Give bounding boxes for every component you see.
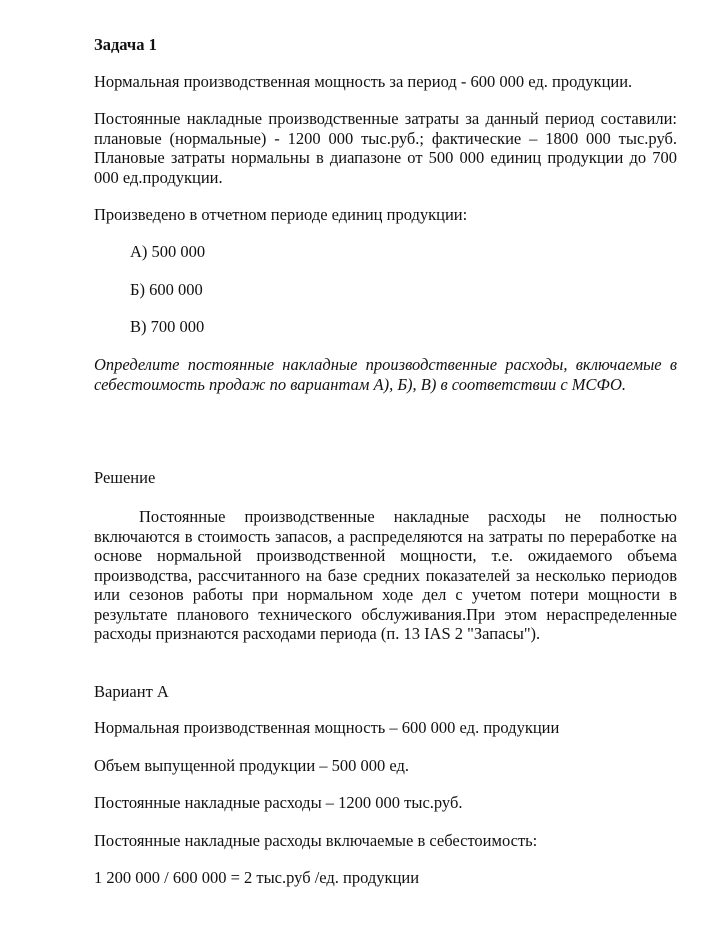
variant-a-line-capacity: Нормальная производственная мощность – 6… bbox=[94, 718, 677, 738]
solution-explanation: Постоянные производственные накладные ра… bbox=[94, 507, 677, 644]
solution-heading: Решение bbox=[94, 468, 677, 488]
variant-a-line-output: Объем выпущенной продукции – 500 000 ед. bbox=[94, 756, 677, 776]
task-title: Задача 1 bbox=[94, 35, 677, 55]
task-question: Определите постоянные накладные производ… bbox=[94, 355, 677, 394]
variant-a-line-calculation: 1 200 000 / 600 000 = 2 тыс.руб /ед. про… bbox=[94, 868, 677, 888]
option-c: В) 700 000 bbox=[130, 317, 713, 337]
task-produced-label: Произведено в отчетном периоде единиц пр… bbox=[94, 205, 677, 225]
task-costs: Постоянные накладные производственные за… bbox=[94, 109, 677, 187]
variant-a-line-fixed-costs: Постоянные накладные расходы – 1200 000 … bbox=[94, 793, 677, 813]
option-a: А) 500 000 bbox=[130, 242, 713, 262]
task-capacity: Нормальная производственная мощность за … bbox=[94, 72, 677, 92]
option-b: Б) 600 000 bbox=[130, 280, 713, 300]
variant-a-line-included-label: Постоянные накладные расходы включаемые … bbox=[94, 831, 677, 851]
variant-a-heading: Вариант А bbox=[94, 682, 677, 702]
